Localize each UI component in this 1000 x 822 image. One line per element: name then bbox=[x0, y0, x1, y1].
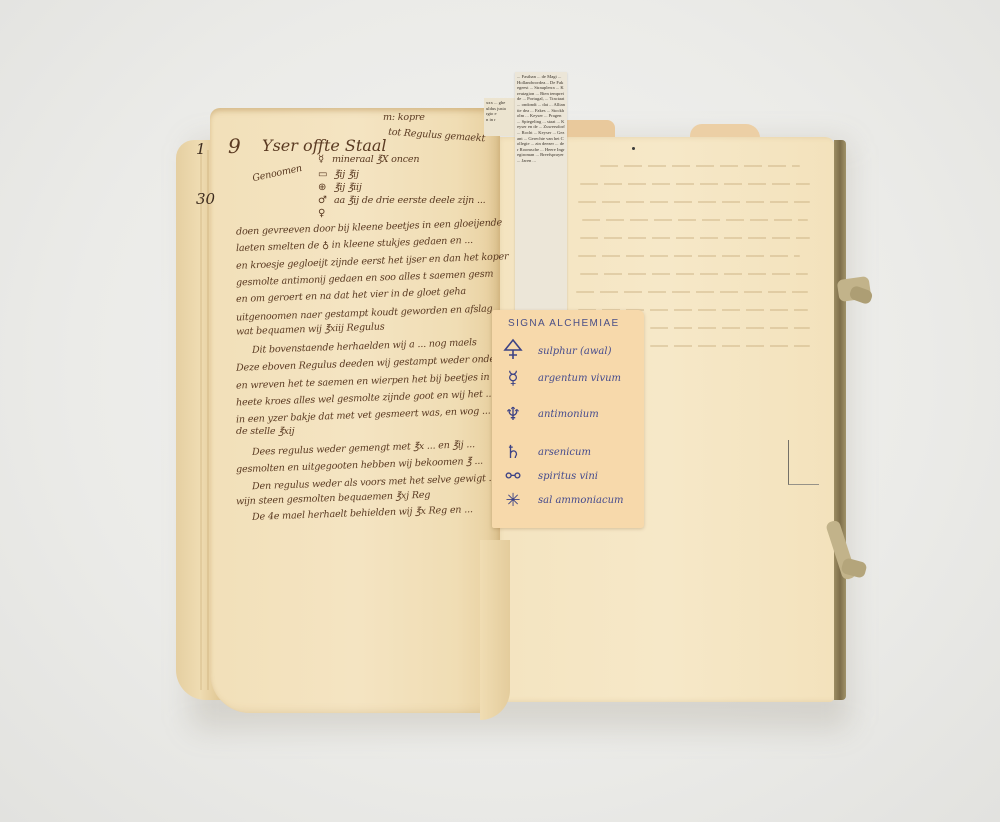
symbol-entry: ✳ sal ammoniacum bbox=[502, 490, 624, 511]
newspaper-clipping-strip: ... Fasthan ... de Magi ... Hollandworde… bbox=[515, 72, 567, 312]
margin-number: 1 bbox=[196, 140, 206, 158]
sal-ammoniac-icon: ✳ bbox=[502, 490, 524, 511]
vessel-icon: ▭ bbox=[318, 169, 327, 180]
spiritus-vini-icon: ⚯ bbox=[502, 466, 524, 487]
antimony-trident-icon: ♆ bbox=[502, 404, 524, 425]
antimony-icon: ⊕ bbox=[318, 182, 326, 193]
pencil-mark bbox=[788, 440, 819, 485]
symbol-entry: ♆ antimonium bbox=[502, 404, 599, 425]
symbol-label: spiritus vini bbox=[538, 471, 598, 482]
ingredient-text: ℥ij ℥ij bbox=[334, 169, 359, 180]
arsenic-icon: ♄ bbox=[502, 442, 524, 463]
ingredient-text: ℥ij ℥iij bbox=[334, 182, 362, 193]
symbol-label: sal ammoniacum bbox=[538, 495, 624, 506]
title-insertion: m: kopre bbox=[383, 112, 425, 123]
newspaper-strip-text: ... Fasthan ... de Magi ... Hollandworde… bbox=[515, 72, 567, 166]
mercury-icon: ☿ bbox=[318, 154, 324, 165]
symbol-label: arsenicum bbox=[538, 447, 591, 458]
symbol-entry: sulphur (awal) bbox=[502, 338, 612, 365]
symbol-entry: ♄ arsenicum bbox=[502, 442, 591, 463]
symbol-label: sulphur (awal) bbox=[538, 346, 612, 357]
mercury-icon: ☿ bbox=[502, 368, 524, 389]
ingredient-text: mineraal ℥X oncen bbox=[332, 154, 419, 165]
symbol-entry: ☿ argentum vivum bbox=[502, 368, 621, 389]
copper-venus-icon: ♀ bbox=[318, 208, 325, 219]
ink-dot bbox=[632, 147, 635, 150]
symbol-label: argentum vivum bbox=[538, 373, 621, 384]
symbol-entry: ⚯ spiritus vini bbox=[502, 466, 598, 487]
margin-number: 30 bbox=[196, 190, 215, 208]
recipe-title: Yser offte Staal bbox=[262, 136, 387, 155]
page-curl bbox=[480, 540, 510, 720]
manuscript-line: de stelle ℥xij bbox=[236, 426, 294, 437]
iron-mars-icon: ♂ bbox=[318, 195, 327, 206]
symbol-label: antimonium bbox=[538, 409, 599, 420]
page-number: 9 bbox=[228, 134, 241, 158]
note-title: SIGNA ALCHEMIAE bbox=[508, 318, 620, 329]
sulphur-icon bbox=[502, 338, 524, 365]
ingredient-text: aa ℥ij de drie eerste deele zijn ... bbox=[334, 195, 486, 206]
book-spine bbox=[834, 140, 846, 700]
